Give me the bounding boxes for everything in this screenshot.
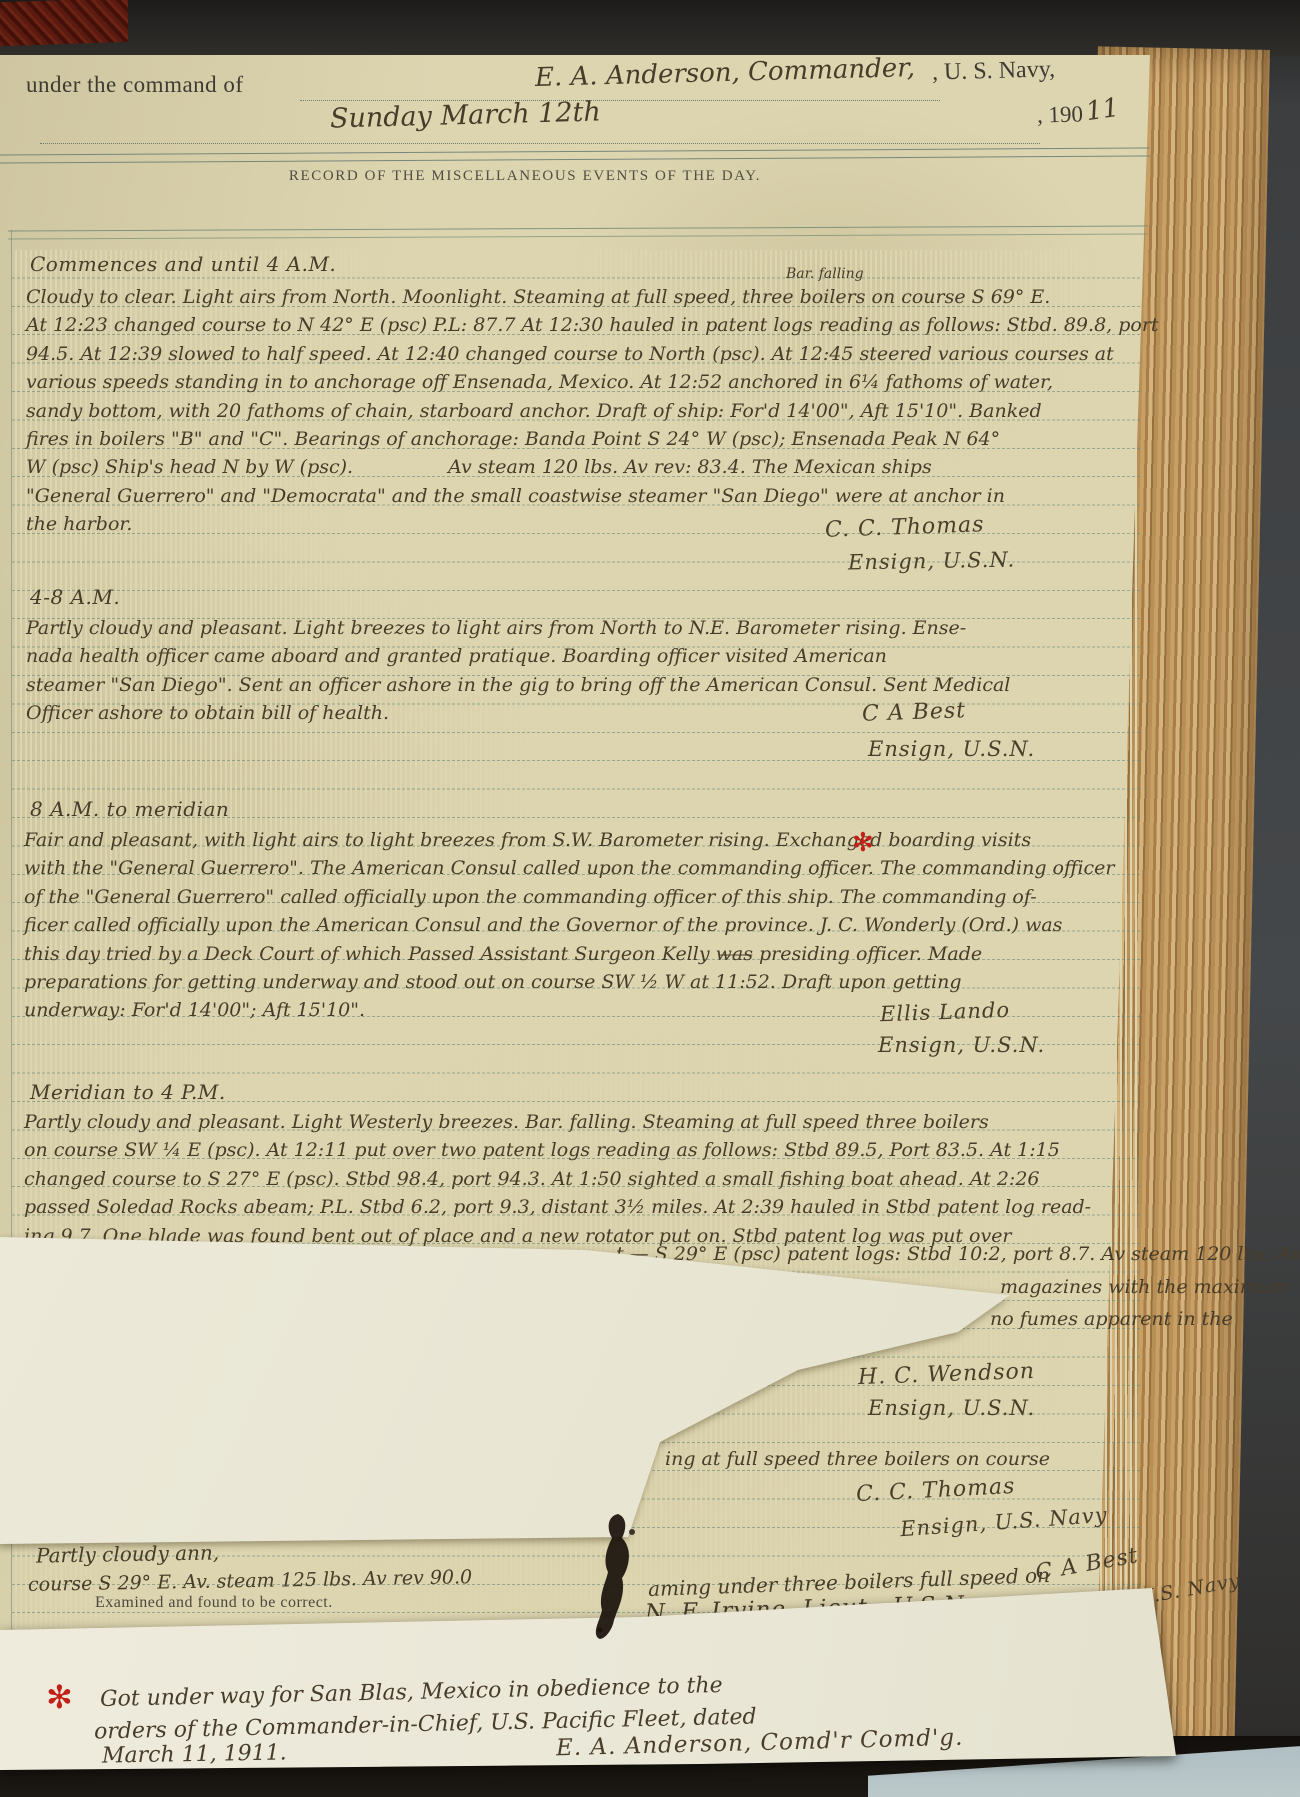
form-number: 4—265 [350,1628,380,1639]
log-line: Cloudy to clear. Light airs from North. … [26,283,1159,311]
section-heading-commences: Commences and until 4 A.M. [30,252,336,276]
log-line: Partly cloudy and pleasant. Light Wester… [24,1108,1091,1136]
book-cover-corner [0,0,128,46]
log-line: various speeds standing in to anchorage … [26,368,1159,396]
signature-rank: Ensign, U.S.N. [878,1033,1045,1057]
obscured-line-fragment: ing at full speed three boilers on cours… [665,1448,1050,1470]
log-line: passed Soledad Rocks abeam; P.L. Stbd 6.… [24,1193,1091,1221]
log-line: fires in boilers "B" and "C". Bearings o… [26,425,1159,453]
log-line: 94.5. At 12:39 slowed to half speed. At … [26,340,1159,368]
log-line: changed course to S 27° E (psc). Stbd 98… [24,1165,1091,1193]
red-asterisk-icon: ✻ [46,1678,73,1716]
section-body-commences: Cloudy to clear. Light airs from North. … [26,283,1159,539]
obscured-line-fragment: t — S 29° E (psc) patent logs: Stbd 10:2… [616,1243,1300,1265]
obscured-line-fragment: magazines with the maximum [1000,1276,1288,1298]
section-body-meridian-4pm: Partly cloudy and pleasant. Light Wester… [24,1108,1091,1250]
log-line: Partly cloudy and pleasant. Light breeze… [26,614,1010,642]
log-line: this day tried by a Deck Court of which … [24,940,1115,968]
log-line: sandy bottom, with 20 fathoms of chain, … [26,397,1159,425]
photo-backdrop: under the command of E. A. Anderson, Com… [0,0,1300,1797]
obscured-line-fragment: Partly cloudy ann, [36,1540,220,1567]
printed-command-prefix: under the command of [26,72,244,98]
section-heading-8am-meridian: 8 A.M. to meridian [30,797,229,821]
printed-navigator-label: Navigator. [982,1628,1065,1648]
log-line: preparations for getting underway and st… [24,968,1115,996]
signature-name: Ellis Lando [880,998,1011,1027]
obscured-line-fragment: no fumes apparent in the [990,1308,1233,1330]
log-line: Fair and pleasant, with light airs to li… [24,826,1115,854]
signature-name: C A Best [862,698,967,727]
log-line: on course SW ¼ E (psc). At 12:11 put ove… [24,1136,1091,1164]
signature-rank: Ensign, U.S.N. [868,1396,1035,1420]
insertion-bar-falling: Bar. falling [786,266,864,282]
footnote-line: March 11, 1911. [102,1740,287,1768]
log-line: with the "General Guerrero". The America… [24,854,1115,882]
printed-do-not-add: DO NOT ADD TO THE LENGTH OF THIS SHEET. [398,1648,715,1663]
printed-navy-suffix: , U. S. Navy, [932,56,1056,86]
signature-rank: Ensign, U.S.N. [848,548,1016,575]
log-line: At 12:23 changed course to N 42° E (psc)… [26,311,1159,339]
section-heading-4-8am: 4-8 A.M. [30,585,120,609]
page-title: RECORD OF THE MISCELLANEOUS EVENTS OF TH… [0,168,1050,185]
section-body-8am-meridian: Fair and pleasant, with light airs to li… [24,826,1115,1025]
printed-examined-note: Examined and found to be correct. [95,1594,333,1612]
log-line: nada health officer came aboard and gran… [26,642,1010,670]
printed-year: , 190 [1037,101,1084,128]
log-line: "General Guerrero" and "Democrata" and t… [26,482,1159,510]
log-line: of the "General Guerrero" called officia… [24,883,1115,911]
year-overwrite-written: 11 [1084,93,1121,127]
red-asterisk-icon: ✻ [852,828,874,858]
log-line: the harbor. [26,510,1159,538]
log-box-left-rule [11,230,12,1635]
date-fill-line [40,143,1040,144]
signature-rank: Ensign, U.S.N. [868,737,1035,761]
log-line: ficer called officially upon the America… [24,911,1115,939]
ink-blot [588,1512,648,1651]
log-line: W (psc) Ship's head N by W (psc). Av ste… [26,453,1159,481]
section-heading-meridian-4pm: Meridian to 4 P.M. [30,1080,226,1104]
log-line: steamer "San Diego". Sent an officer ash… [26,671,1010,699]
